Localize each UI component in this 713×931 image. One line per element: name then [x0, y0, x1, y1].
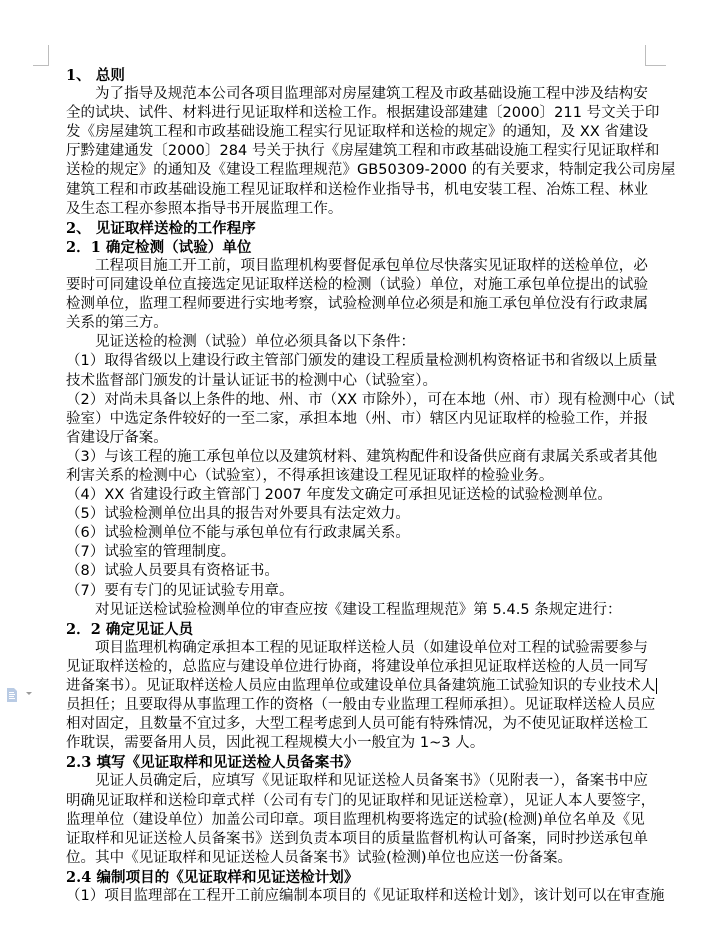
condition-line: 利害关系的检测中心（试验室），不得承担该建设工程见证取样的检验业务。 — [66, 467, 643, 486]
paragraph-line: 送检的规定》的通知及《建设工程监理规范》GB50309-2000 的有关要求，特… — [66, 161, 643, 180]
paragraph-line: （1）项目监理部在工程开工前应编制本项目的《见证取样和送检计划》，该计划可以在审… — [66, 887, 643, 906]
paste-options-icon[interactable] — [6, 688, 18, 702]
paragraph-line: 为了指导及规范本公司各项目监理部对房屋建筑工程及市政基础设施工程中涉及结构安 — [66, 85, 643, 104]
paragraph-line: 作耽误，需要备用人员，因此视工程规模大小一般宜为 1~3 人。 — [66, 734, 643, 753]
subsection-heading-2-1: 2．1 确定检测（试验）单位 — [66, 238, 643, 257]
condition-line: 省建设厅备案。 — [66, 429, 643, 448]
paragraph-line: 位。其中《见证取样和见证送检人员备案书》试验(检测)单位也应送一份备案。 — [66, 849, 643, 868]
condition-line: （2）对尚未具备以上条件的地、州、市（XX 市除外），可在本地（州、市）现有检测… — [66, 391, 643, 410]
section-heading-1: 1、 总则 — [66, 66, 643, 85]
page-corner-left-horizontal — [33, 65, 49, 66]
paragraph-line-text: 进备案书）。见证取样送检人员应由监理单位或建设单位具备建筑施工试验知识的专业技术… — [66, 678, 655, 694]
paragraph-line: 工程项目施工开工前，项目监理机构要督促承包单位尽快落实见证取样的送检单位，必 — [66, 257, 643, 276]
paragraph-line: 对见证送检试验检测单位的审查应按《建设工程监理规范》第 5.4.5 条规定进行： — [66, 601, 643, 620]
condition-line: （4）XX 省建设行政主管部门 2007 年度发文确定可承担见证送检的试验检测单… — [66, 486, 643, 505]
paragraph-line: 关系的第三方。 — [66, 314, 643, 333]
document-page[interactable]: 1、 总则 为了指导及规范本公司各项目监理部对房屋建筑工程及市政基础设施工程中涉… — [66, 66, 643, 906]
paragraph-line: 相对固定，且数量不宜过多，大型工程考虑到人员可能有特殊情况，为不使见证取样送检工 — [66, 715, 643, 734]
subsection-heading-2-3: 2.3 填写《见证取样和见证送检人员备案书》 — [66, 753, 643, 772]
paragraph-line: 发《房屋建筑工程和市政基础设施工程实行见证取样和送检的规定》的通知，及 XX 省… — [66, 123, 643, 142]
condition-line: （5）试验检测单位出具的报告对外要具有法定效力。 — [66, 505, 643, 524]
paragraph-line: 见证人员确定后，应填写《见证取样和见证送检人员备案书》（见附表一），备案书中应 — [66, 772, 643, 791]
chevron-down-icon[interactable] — [26, 692, 32, 695]
paragraph-line: 监理单位（建设单位）加盖公司印章。项目监理机构要将选定的试验(检测)单位名单及《… — [66, 811, 643, 830]
paragraph-line: 明确见证取样和送检印章式样（公司有专门的见证取样和见证送检章），见证人本人要签字… — [66, 792, 643, 811]
condition-line: （6）试验检测单位不能与承包单位有行政隶属关系。 — [66, 524, 643, 543]
paragraph-line: 证取样和见证送检人员备案书》送到负责本项目的质量监督机构认可备案，同时抄送承包单 — [66, 830, 643, 849]
page-corner-right-vertical — [645, 45, 646, 66]
paragraph-line-with-caret[interactable]: 进备案书）。见证取样送检人员应由监理单位或建设单位具备建筑施工试验知识的专业技术… — [66, 677, 643, 696]
condition-line: 技术监督部门颁发的计量认证证书的检测中心（试验室）。 — [66, 372, 643, 391]
paragraph-line: 全的试块、试件、材料进行见证取样和送检工作。根据建设部建建〔2000〕211 号… — [66, 104, 643, 123]
paragraph-line: 见证送检的检测（试验）单位必须具备以下条件： — [66, 333, 643, 352]
paragraph-line: 项目监理机构确定承担本工程的见证取样送检人员（如建设单位对工程的试验需要参与 — [66, 639, 643, 658]
subsection-heading-2-4: 2.4 编制项目的《见证取样和见证送检计划》 — [66, 868, 643, 887]
condition-line: （8）试验人员要具有资格证书。 — [66, 562, 643, 581]
paragraph-line: 见证取样送检的，总监应与建设单位进行协商，将建设单位承担见证取样送检的人员一同写 — [66, 658, 643, 677]
paragraph-line: 员担任；且要取得从事监理工作的资格（一般由专业监理工程师承担）。见证取样送检人员… — [66, 696, 643, 715]
paragraph-line: 厅黔建建通发〔2000〕284 号关于执行《房屋建筑工程和市政基础设施工程实行见… — [66, 142, 643, 161]
condition-line: （7）试验室的管理制度。 — [66, 543, 643, 562]
condition-line: （7）要有专门的见证试验专用章。 — [66, 582, 643, 601]
paragraph-line: 及生态工程亦参照本指导书开展监理工作。 — [66, 200, 643, 219]
condition-line: （3）与该工程的施工承包单位以及建筑材料、建筑构配件和设备供应商有隶属关系或者其… — [66, 448, 643, 467]
section-heading-2: 2、 见证取样送检的工作程序 — [66, 219, 643, 238]
page-corner-right-horizontal — [645, 65, 666, 66]
text-cursor — [656, 678, 657, 694]
condition-line: （1）取得省级以上建设行政主管部门颁发的建设工程质量检测机构资格证书和省级以上质… — [66, 352, 643, 371]
page-corner-left-vertical — [48, 45, 49, 66]
condition-line: 验室）中选定条件较好的一至二家，承担本地（州、市）辖区内见证取样的检验工作，并报 — [66, 410, 643, 429]
paragraph-line: 要时可同建设单位直接选定见证取样送检的检测（试验）单位，对施工承包单位提出的试验 — [66, 276, 643, 295]
paragraph-line: 检测单位，监理工程师要进行实地考察，试验检测单位必须是和施工承包单位没有行政隶属 — [66, 295, 643, 314]
paragraph-line: 建筑工程和市政基础设施工程见证取样和送检作业指导书，机电安装工程、冶炼工程、林业 — [66, 181, 643, 200]
subsection-heading-2-2: 2．2 确定见证人员 — [66, 620, 643, 639]
